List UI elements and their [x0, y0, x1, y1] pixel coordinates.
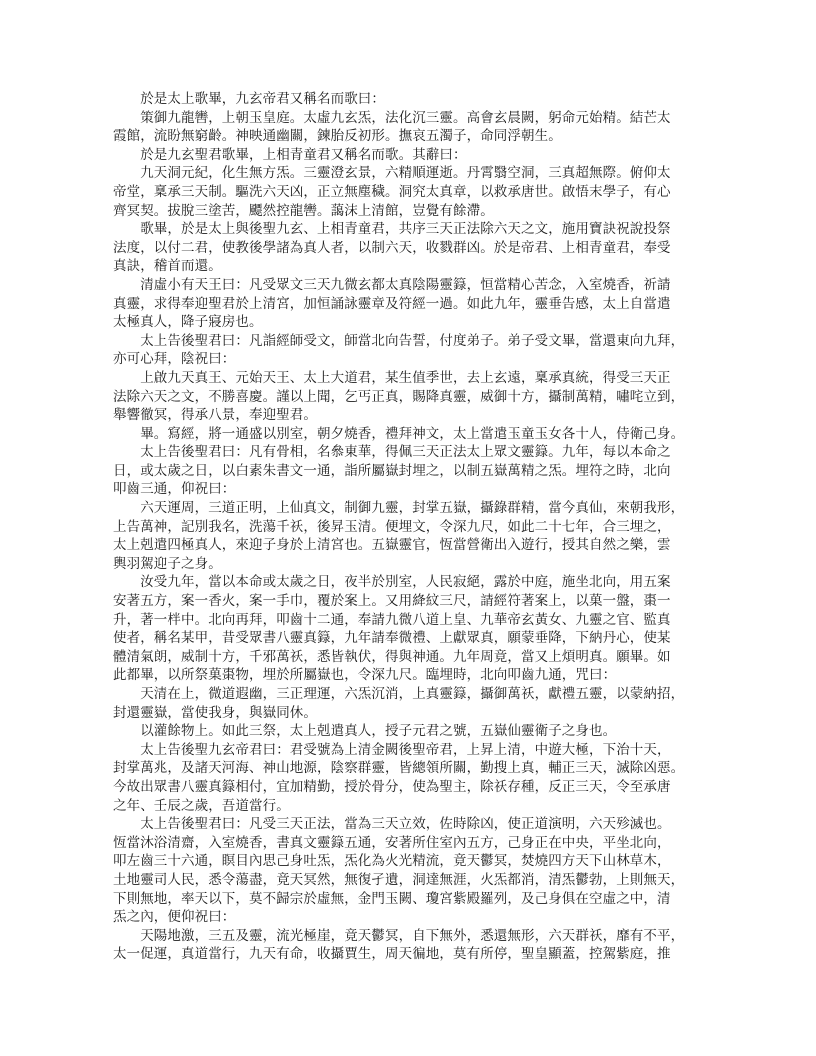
text-line: 汝受九年，當以本命或太歲之日，夜半於別室，人民寂絕，露於中庭，施坐北向，用五案 [113, 573, 717, 592]
text-line: 真靈，求得奉迎聖君於上清宮，加恒誦詠靈章及符經一過。如此九年，靈垂告感，太上自當… [113, 295, 717, 314]
text-line: 太上告後聖君曰：凡詣經師受文，師當北向告誓，付度弟子。弟子受文畢，當還東向九拜， [113, 332, 717, 351]
text-line: 今故出眾書八靈真籙相付，宜加精勤，授於骨分，使為聖主，除祅存種，反正三天，令至承… [113, 778, 717, 797]
text-line: 之年、壬辰之歲，吾道當行。 [113, 797, 717, 816]
text-line: 安著五方，案一香火，案一手巾，覆於案上。又用絳紋三尺，請經符著案上，以菓一盤，棗… [113, 592, 717, 611]
text-line: 策御九龍轡，上朝玉皇庭。太虛九玄炁，法化沉三靈。高會玄晨闕，躬命元始精。結芒太 [113, 109, 717, 128]
text-line: 畢。寫經，將一通盛以別室，朝夕燒香，禮拜神文，太上當遣玉童玉女各十人，侍衛己身。 [113, 425, 717, 444]
text-line: 於是太上歌畢，九玄帝君又稱名而歌曰： [113, 90, 717, 109]
text-line: 太上告後聖君曰：凡受三天正法，當為三天立效，佐時除凶，使正道演明，六天殄滅也。 [113, 815, 717, 834]
text-line: 輿羽駕迎子之身。 [113, 555, 717, 574]
text-line: 亦可心拜，陰祝曰： [113, 350, 717, 369]
text-line: 於是九玄聖君歌畢，上相青童君又稱名而歌。其辭曰： [113, 146, 717, 165]
text-line: 封掌萬兆，及諸天河海、神山地源，陰察群靈，皆總領所關，勤搜上真，輔正三天，滅除凶… [113, 759, 717, 778]
text-line: 真訣，稽首而還。 [113, 257, 717, 276]
text-line: 清虛小有天王曰：凡受眾文三天九微玄都太真陰陽靈籙，恒當精心苦念，入室燒香，祈請 [113, 276, 717, 295]
text-line: 叩左齒三十六通，瞑目內思己身吐炁，炁化為火光精流，竟天鬱冥，焚燒四方天下山林草木… [113, 852, 717, 871]
text-line: 法度，以付二君，使教後學諸為真人者，以制六天，收戮群凶。於是帝君、上相青童君，奉… [113, 239, 717, 258]
scripture-text-block: 於是太上歌畢，九玄帝君又稱名而歌曰： 策御九龍轡，上朝玉皇庭。太虛九玄炁，法化沉… [113, 90, 717, 964]
text-line: 六天運周，三道正明，上仙真文，制御九靈，封掌五嶽，攝錄群精，當今真仙，來朝我形， [113, 499, 717, 518]
text-line: 恆當沐浴清齋，入室燒香，書真文靈籙五通，安著所住室內五方，己身正在中央，平坐北向… [113, 834, 717, 853]
text-line: 法除六天之文，不勝喜慶。謹以上聞，乞丐正真，賜降真靈，威御十方，攝制萬精，嘯咤立… [113, 388, 717, 407]
text-line: 歌畢，於是太上與後聖九玄、上相青童君，共序三天正法除六天之文，施用寶訣祝說投祭 [113, 220, 717, 239]
text-line: 體清氣朗，威制十方，千邪萬祅，悉皆執伏，得與神通。九年周竟，當又上煩明真。願畢。… [113, 648, 717, 667]
text-line: 土地靈司人民，悉令蕩盡，竟天冥然，無復孑遺，洞達無涯，火炁都消，清炁鬱勃，上則無… [113, 871, 717, 890]
text-line: 上告萬神，記別我名，洗蕩千祅，後昇玉清。便埋文，令深九尺，如此二十七年，合三埋之… [113, 518, 717, 537]
text-line: 霞館，流盼無窮齡。神映通幽關，鍊胎反初形。撫哀五濁子，命同浮朝生。 [113, 127, 717, 146]
document-page: 於是太上歌畢，九玄帝君又稱名而歌曰： 策御九龍轡，上朝玉皇庭。太虛九玄炁，法化沉… [0, 0, 816, 1056]
text-line: 太上剋遣四極真人，來迎子身於上清宮也。五嶽靈官，恆當營衛出入遊行，授其自然之樂，… [113, 536, 717, 555]
text-line: 帝堂，稟承三天制。驅洗六天凶，正立無塵穢。洞究太真章，以救承唐世。啟悟末學子，有… [113, 183, 717, 202]
text-line: 此都畢，以所祭菓棗物，埋於所屬嶽也，令深九尺。臨埋時，北向叩齒九通，咒曰： [113, 666, 717, 685]
text-line: 以灌餘物上。如此三祭，太上剋遣真人，授子元君之號，五嶽仙靈衛子之身也。 [113, 722, 717, 741]
text-line: 舉響徹冥，得承八景，奉迎聖君。 [113, 406, 717, 425]
text-line: 太一促運，真道當行，九天有命，收攝賈生，周天徧地，莫有所停，聖皇顯蓋，控駕紫庭，… [113, 945, 717, 964]
text-line: 齊冥契。拔脫三塗苦，飃然控龍轡。藹沫上清館，豈覺有餘滯。 [113, 202, 717, 221]
text-line: 太上告後聖君曰：凡有骨相，名叅東華，得佩三天正法太上眾文靈籙。九年，每以本命之 [113, 443, 717, 462]
text-line: 升，著一柈中。北向再拜，叩齒十二通，奉請九微八道上皇、九華帝玄黃女、九靈之官、監… [113, 611, 717, 630]
text-line: 九天洞元紀，化生無方炁。三靈澄玄景，六精順運逝。丹霄翳空洞，三真超無際。俯仰太 [113, 164, 717, 183]
text-line: 使者，稱名某甲，昔受眾書八靈真籙，九年請奉微禮、上獻眾真，願蒙垂降，下納丹心，使… [113, 629, 717, 648]
text-line: 太上告後聖九玄帝君曰：君受號為上清金闕後聖帝君，上昇上清，中遊大極，下治十天， [113, 741, 717, 760]
text-line: 下則無地，率天以下，莫不歸宗於虛無，金門玉闕、瓊宮紫殿羅列，及己身俱在空虛之中，… [113, 890, 717, 909]
text-line: 封還靈嶽，當使我身，與嶽同休。 [113, 704, 717, 723]
text-line: 日，或太歲之日，以白素朱書文一通，詣所屬嶽封埋之，以制五嶽萬精之炁。埋符之時，北… [113, 462, 717, 481]
text-line: 天陽地激，三五及靈，流光極崖，竟天鬱冥，自下無外，悉還無形，六天群祅，靡有不平， [113, 927, 717, 946]
text-line: 上啟九天真王、元始天王、太上大道君，某生值季世，去上玄遠，稟承真統，得受三天正 [113, 369, 717, 388]
text-line: 太極真人，降子寢房也。 [113, 313, 717, 332]
text-line: 叩齒三通，仰祝曰： [113, 480, 717, 499]
text-line: 天清在上，微道遐幽，三正理運，六炁沉消，上真靈籙，攝御萬祅，獻禮五靈，以蒙納招， [113, 685, 717, 704]
text-line: 炁之內，便仰祝曰： [113, 908, 717, 927]
